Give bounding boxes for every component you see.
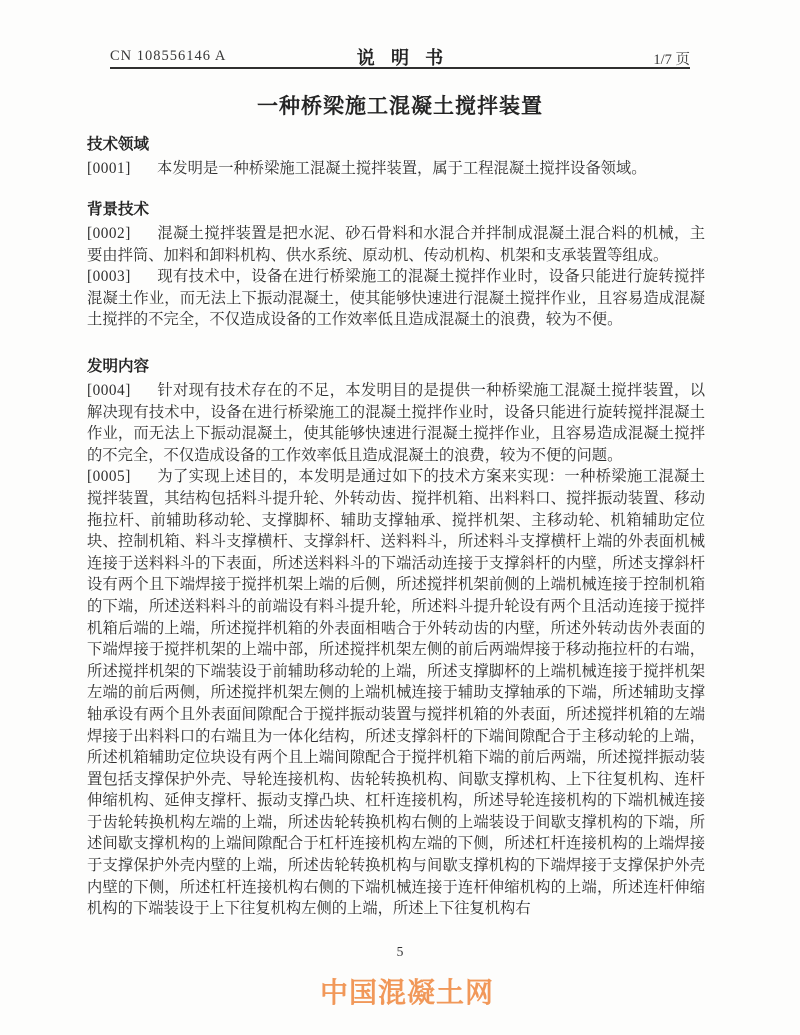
paragraph: [0005]为了实现上述目的，本发明是通过如下的技术方案来实现：一种桥梁施工混凝… (87, 466, 705, 919)
paragraph-number: [0003] (87, 266, 139, 288)
paragraph-text: 本发明是一种桥梁施工混凝土搅拌装置，属于工程混凝土搅拌设备领域。 (157, 160, 647, 177)
paragraph-text: 为了实现上述目的，本发明是通过如下的技术方案来实现：一种桥梁施工混凝土搅拌装置，… (87, 468, 705, 917)
paragraph-number: [0002] (87, 223, 139, 245)
section-heading: 背景技术 (87, 199, 705, 221)
paragraph-text: 针对现有技术存在的不足，本发明目的是提供一种桥梁施工混凝土搅拌装置，以解决现有技… (87, 382, 705, 464)
section-invention-content: 发明内容 [0004]针对现有技术存在的不足，本发明目的是提供一种桥梁施工混凝土… (87, 356, 705, 920)
paragraph: [0001]本发明是一种桥梁施工混凝土搅拌装置，属于工程混凝土搅拌设备领域。 (87, 158, 705, 180)
paragraph-number: [0001] (87, 158, 139, 180)
page-number: 5 (0, 944, 800, 960)
paragraph-number: [0004] (87, 380, 139, 402)
section-heading: 技术领域 (87, 134, 705, 156)
paragraph: [0003]现有技术中，设备在进行桥梁施工的混凝土搅拌作业时，设备只能进行旋转搅… (87, 266, 705, 331)
patent-title: 一种桥梁施工混凝土搅拌装置 (0, 90, 800, 120)
page-indicator: 1/7 页 (653, 48, 690, 69)
watermark: 中国混凝土网 (0, 971, 800, 1011)
paragraph: [0004]针对现有技术存在的不足，本发明目的是提供一种桥梁施工混凝土搅拌装置，… (87, 380, 705, 466)
patent-specification-page: CN 108556146 A 说明书 1/7 页 一种桥梁施工混凝土搅拌装置 技… (0, 0, 800, 1035)
paragraph-text: 现有技术中，设备在进行桥梁施工的混凝土搅拌作业时，设备只能进行旋转搅拌混凝土作业… (87, 268, 705, 328)
paragraph: [0002]混凝土搅拌装置是把水泥、砂石骨料和水混合并拌制成混凝土混合料的机械，… (87, 223, 705, 266)
header-divider (110, 67, 690, 69)
paragraph-text: 混凝土搅拌装置是把水泥、砂石骨料和水混合并拌制成混凝土混合料的机械，主要由拌筒、… (87, 225, 705, 264)
section-technical-field: 技术领域 [0001]本发明是一种桥梁施工混凝土搅拌装置，属于工程混凝土搅拌设备… (87, 134, 705, 180)
section-background-art: 背景技术 [0002]混凝土搅拌装置是把水泥、砂石骨料和水混合并拌制成混凝土混合… (87, 199, 705, 331)
section-heading: 发明内容 (87, 356, 705, 378)
page-header: CN 108556146 A 说明书 1/7 页 (110, 44, 690, 68)
paragraph-number: [0005] (87, 466, 139, 488)
